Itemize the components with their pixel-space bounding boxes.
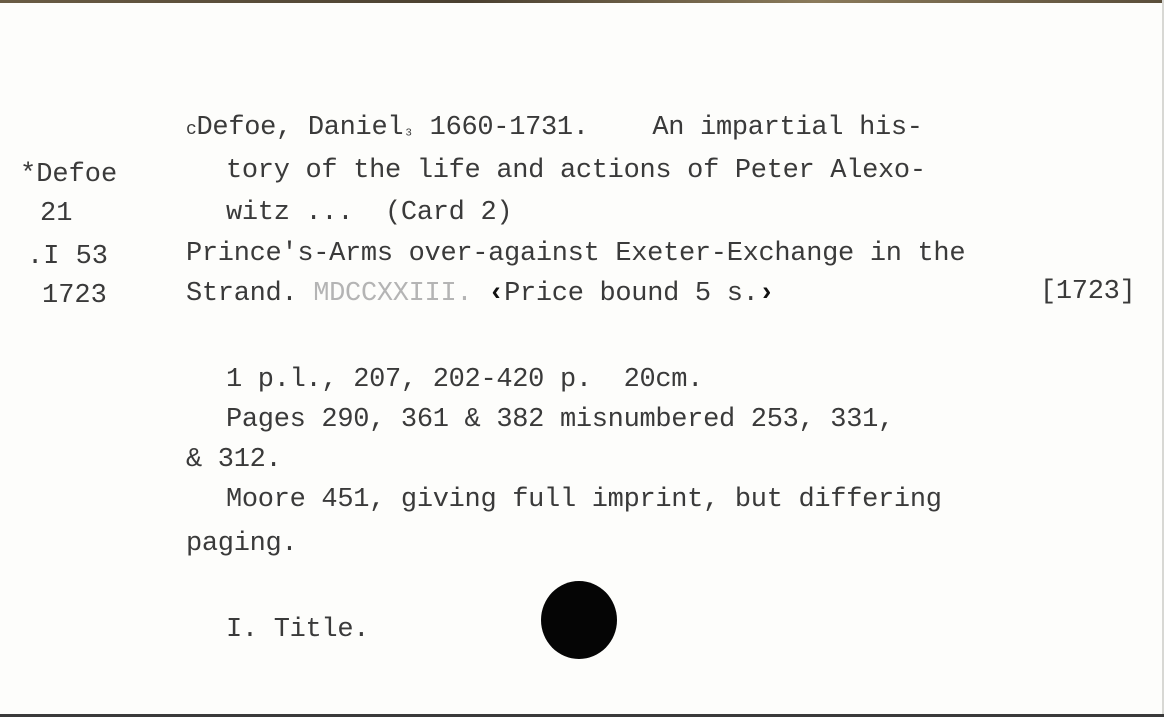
author-name: Defoe, Daniel [197, 113, 404, 143]
punch-hole-icon [541, 581, 617, 659]
note-line: & 312. [186, 442, 281, 478]
bracket-close: ₃ [403, 120, 414, 140]
author-dates: 1660-1731. [414, 113, 589, 143]
call-number-line: 21 [40, 196, 72, 232]
bracket-open: c [186, 120, 197, 140]
price-bracket-open: ‹ [472, 279, 504, 309]
card-top-edge [0, 0, 1164, 3]
collation: 1 p.l., 207, 202-420 p. 20cm. [226, 362, 703, 398]
imprint-date: [1723] [1040, 274, 1135, 310]
price-bracket-close: › [759, 279, 775, 309]
title-line: tory of the life and actions of Peter Al… [226, 153, 926, 189]
call-number-line: *Defoe [20, 157, 117, 193]
imprint-line-2: Strand. MDCCXXIII. ‹Price bound 5 s.› [186, 276, 774, 312]
note-line: Pages 290, 361 & 382 misnumbered 253, 33… [226, 402, 894, 438]
call-number-line: 1723 [42, 278, 107, 314]
note-line: Moore 451, giving full imprint, but diff… [226, 482, 942, 518]
note-line: paging. [186, 526, 297, 562]
imprint-line: Prince's-Arms over-against Exeter-Exchan… [186, 236, 965, 272]
call-number-line: .I 53 [27, 239, 108, 275]
roman-date: MDCCXXIII. [313, 279, 472, 309]
main-entry-heading: cDefoe, Daniel₃ 1660-1731. An impartial … [186, 110, 923, 148]
tracings: I. Title. [226, 612, 369, 648]
imprint-place: Strand. [186, 279, 313, 309]
title-start: An impartial his- [589, 113, 923, 143]
title-line: witz ... (Card 2) [226, 195, 512, 231]
price-text: Price bound 5 s. [504, 279, 758, 309]
